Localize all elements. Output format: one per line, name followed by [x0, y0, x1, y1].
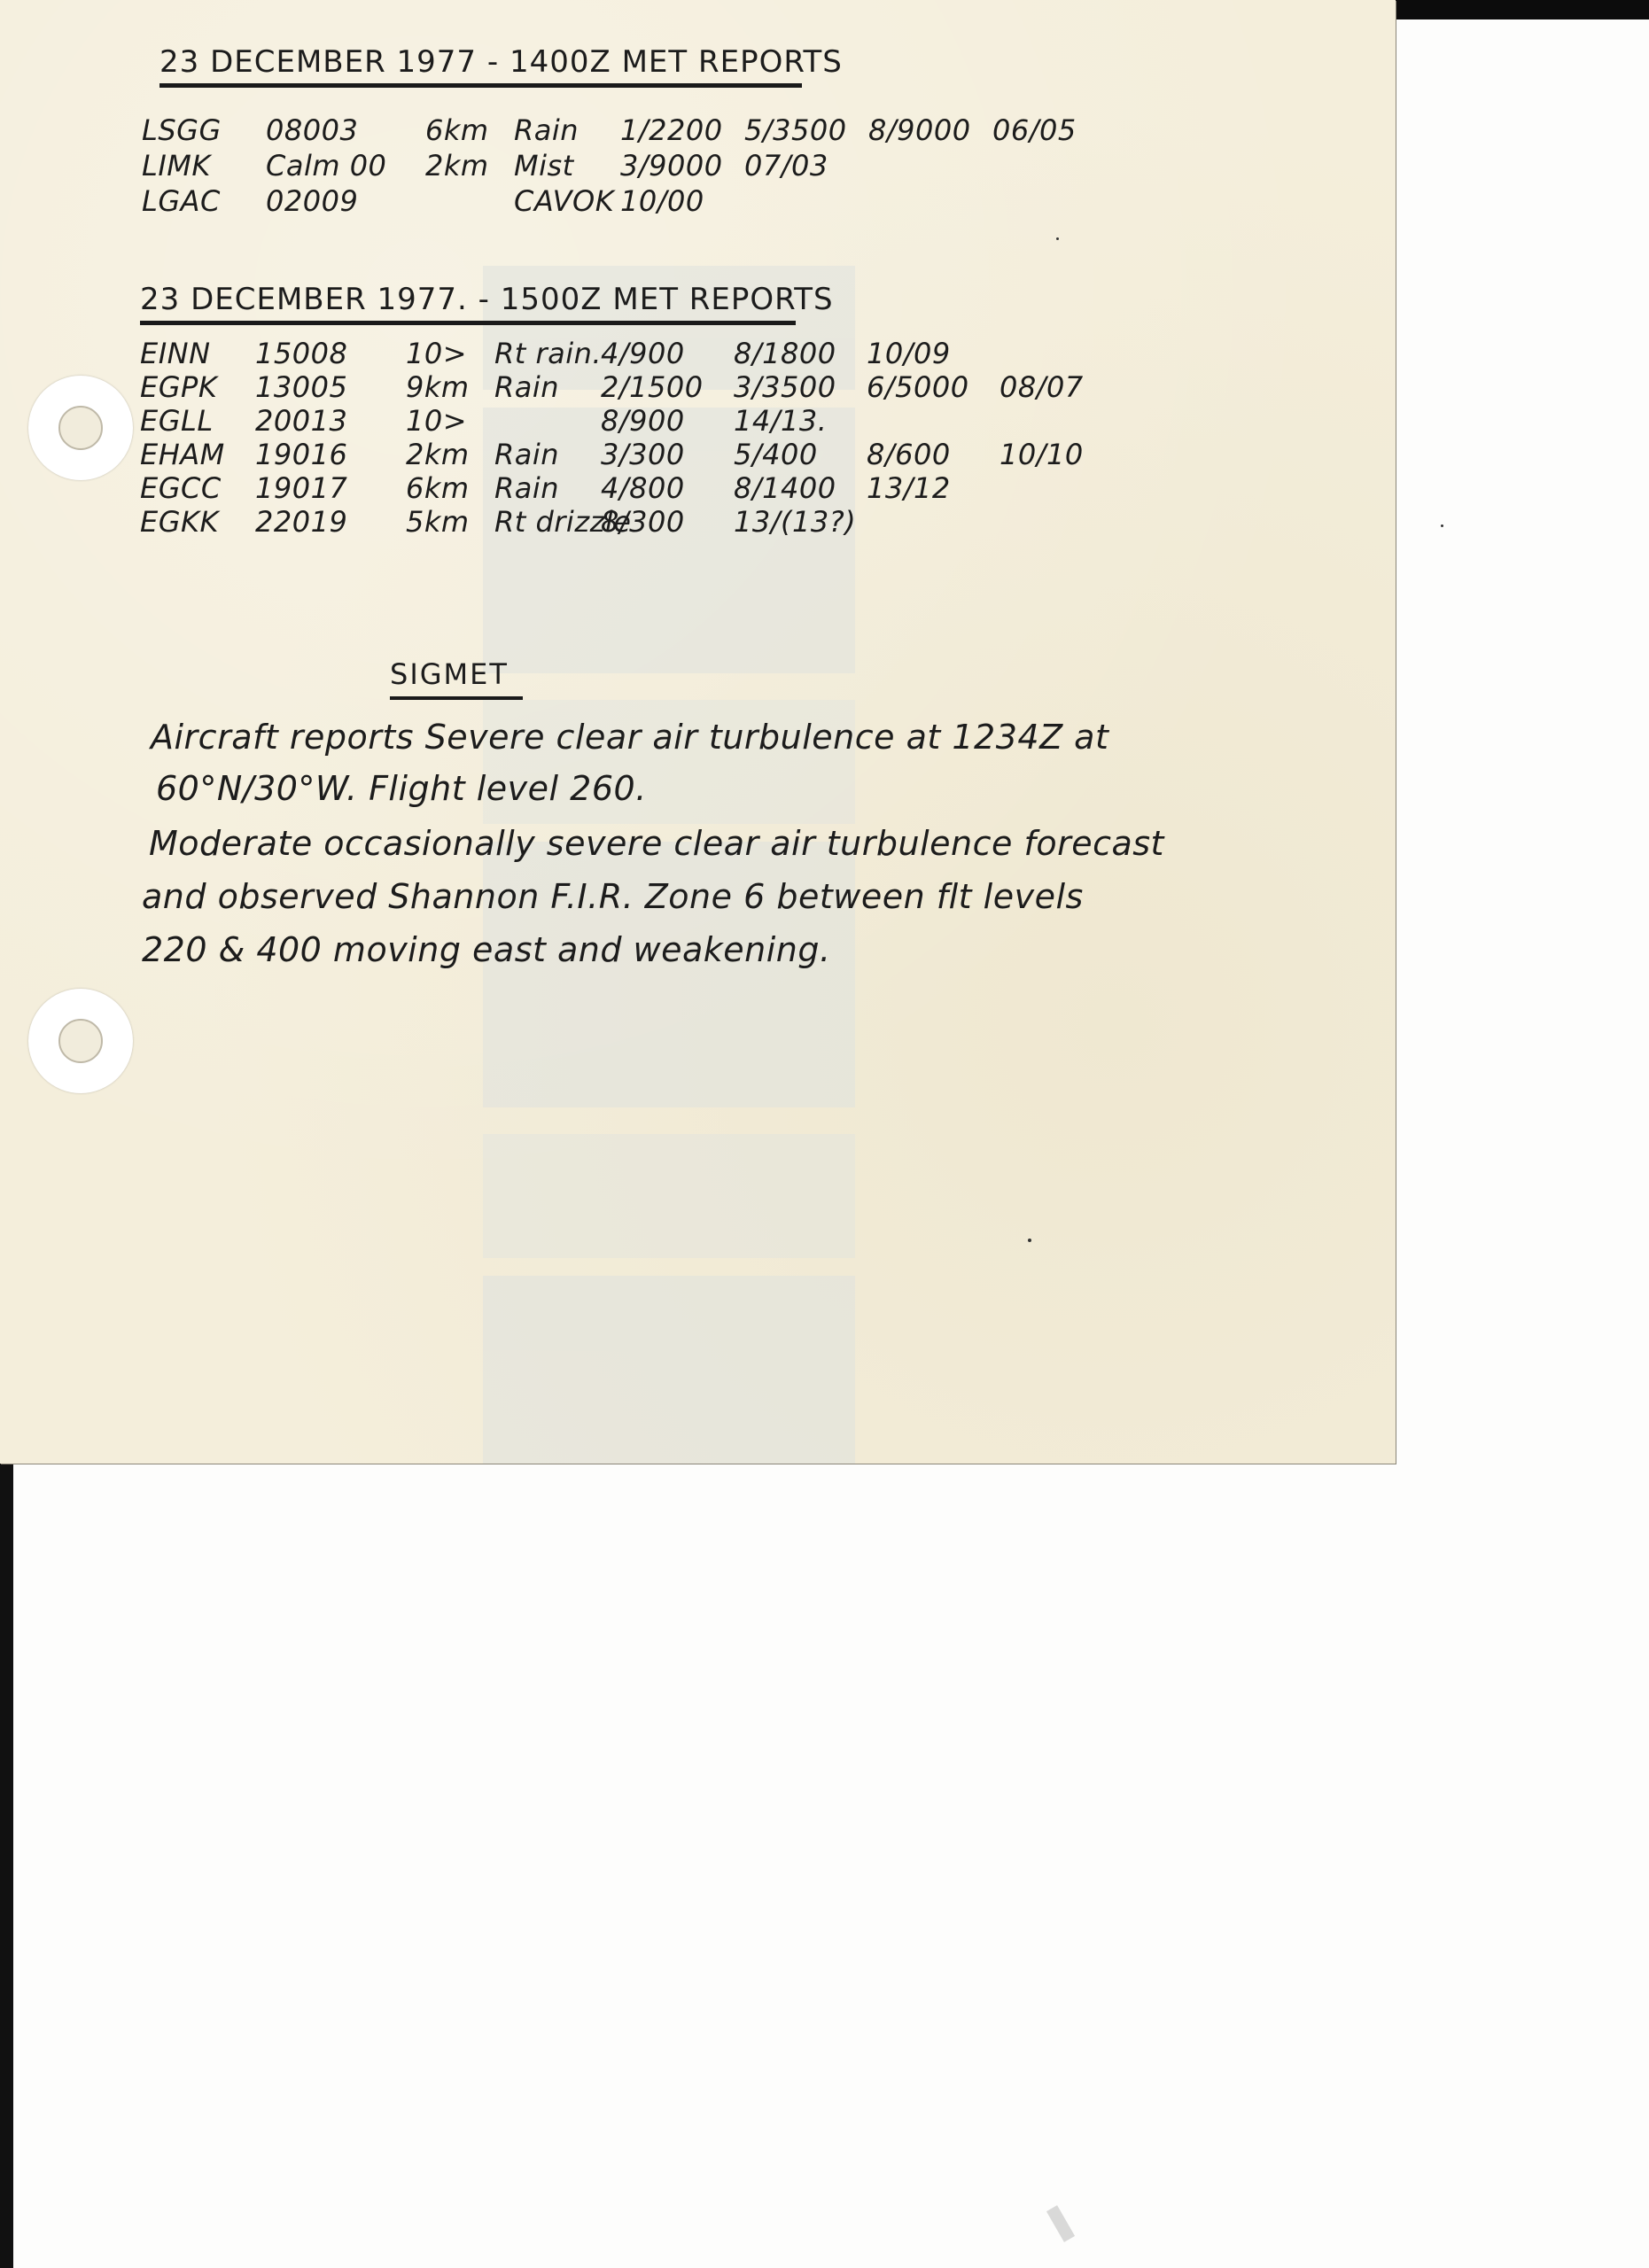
visibility: 10> [406, 404, 467, 438]
cloud-layer: 4/800 [601, 471, 685, 505]
cloud-layer: 5/400 [734, 438, 818, 471]
cloud-layer: 1/2200 [620, 113, 723, 147]
weather: Rain [494, 438, 559, 471]
temp-dewpoint: 06/05 [992, 113, 1077, 147]
cloud-layer: 3/9000 [620, 149, 723, 183]
wind: Calm 00 [266, 149, 386, 183]
wind: 08003 [266, 113, 358, 147]
station: EGPK [140, 370, 217, 404]
station: LGAC [142, 184, 221, 218]
visibility: 2km [406, 438, 470, 471]
weather: Mist [514, 149, 574, 183]
temp-dewpoint: 08/07 [1000, 370, 1084, 404]
punch-hole-top [28, 376, 133, 480]
temp-dewpoint: 07/03 [744, 149, 828, 183]
wind: 19017 [255, 471, 347, 505]
wind: 13005 [255, 370, 347, 404]
cloud-layer: 8/900 [601, 404, 685, 438]
cloud-layer: 6/5000 [867, 370, 969, 404]
station: EGLL [140, 404, 214, 438]
temp-dewpoint: 10/00 [620, 184, 704, 218]
cloud-layer: 5/3500 [744, 113, 847, 147]
sigmet-title: SIGMET [390, 657, 523, 700]
weather: Rain [514, 113, 579, 147]
sigmet-line-3: Moderate occasionally severe clear air t… [149, 824, 1164, 863]
weather: CAVOK [514, 184, 614, 218]
temp-dewpoint: 10/10 [1000, 438, 1084, 471]
cloud-layer: 3/3500 [734, 370, 836, 404]
scan-edge-top [1396, 0, 1649, 19]
wind: 22019 [255, 505, 347, 539]
visibility: 6km [425, 113, 489, 147]
wind: 20013 [255, 404, 347, 438]
sigmet-line-1: Aircraft reports Severe clear air turbul… [151, 718, 1108, 757]
scan-smudge [1046, 2205, 1075, 2242]
station: EGCC [140, 471, 222, 505]
visibility: 9km [406, 370, 470, 404]
temp-dewpoint: 13/12 [867, 471, 951, 505]
wind: 19016 [255, 438, 347, 471]
wind: 15008 [255, 337, 347, 370]
paper-sheet: 23 DECEMBER 1977 - 1400Z MET REPORTS LSG… [0, 0, 1396, 1464]
sigmet-line-4: and observed Shannon F.I.R. Zone 6 betwe… [142, 877, 1084, 916]
cloud-layer: 4/900 [601, 337, 685, 370]
station: EHAM [140, 438, 225, 471]
cloud-layer: 8/9000 [868, 113, 971, 147]
visibility: 2km [425, 149, 489, 183]
cloud-layer: 8/1400 [734, 471, 836, 505]
station: EINN [140, 337, 211, 370]
visibility: 6km [406, 471, 470, 505]
cloud-layer: 8/600 [867, 438, 951, 471]
station: LIMK [142, 149, 211, 183]
weather: Rt rain. [494, 337, 602, 370]
section-heading-1400z: 23 DECEMBER 1977 - 1400Z MET REPORTS [159, 44, 802, 88]
station: LSGG [142, 113, 222, 147]
visibility: 5km [406, 505, 470, 539]
cloud-layer: 2/1500 [601, 370, 704, 404]
weather: Rain [494, 370, 559, 404]
visibility: 10> [406, 337, 467, 370]
sigmet-line-2: 60°N/30°W. Flight level 260. [156, 769, 647, 808]
station: EGKK [140, 505, 219, 539]
punch-hole-bottom [28, 989, 133, 1093]
cloud-layer: 3/300 [601, 438, 685, 471]
temp-dewpoint: 10/09 [867, 337, 951, 370]
wind: 02009 [266, 184, 358, 218]
section-heading-1500z: 23 DECEMBER 1977. - 1500Z MET REPORTS [140, 282, 796, 325]
sigmet-line-5: 220 & 400 moving east and weakening. [142, 930, 831, 969]
weather: Rain [494, 471, 559, 505]
temp-dewpoint: 14/13. [734, 404, 827, 438]
scan-edge-left [0, 1462, 13, 2268]
cloud-layer: 8/300 [601, 505, 685, 539]
temp-dewpoint: 13/(13?) [734, 505, 856, 539]
cloud-layer: 8/1800 [734, 337, 836, 370]
